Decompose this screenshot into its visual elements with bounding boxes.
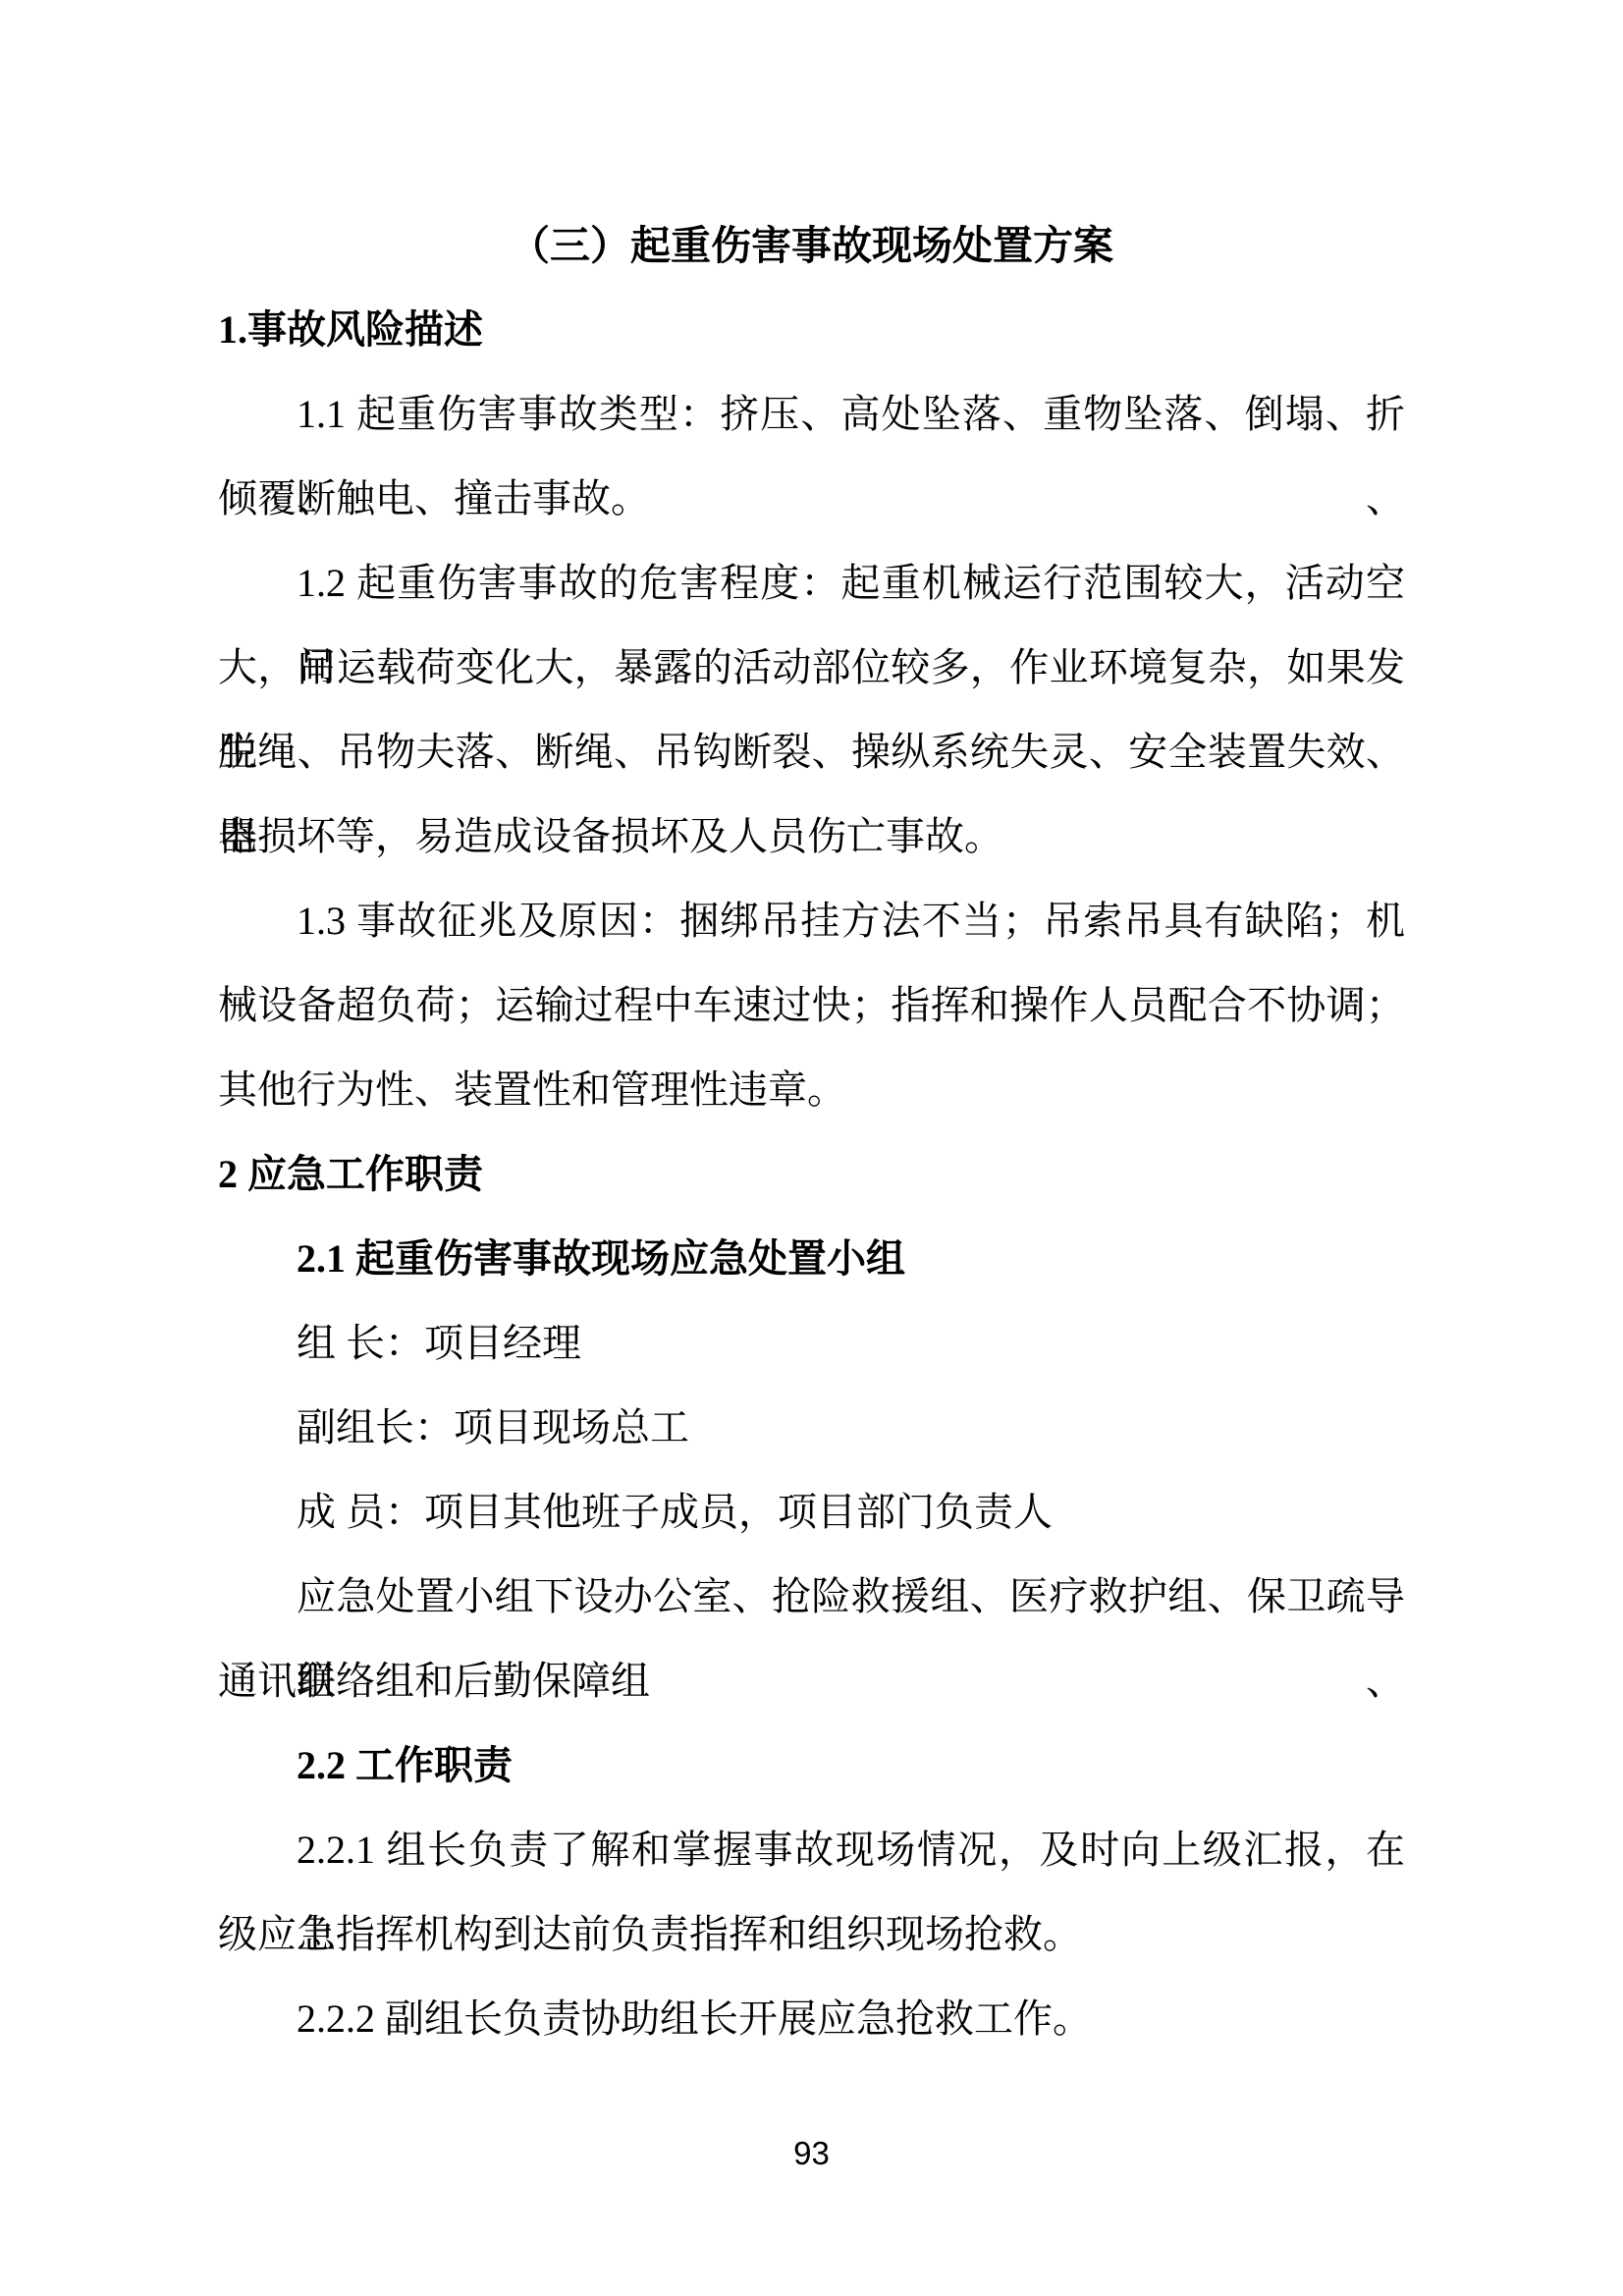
members-line: 成 员：项目其他班子成员，项目部门负责人 — [218, 1470, 1405, 1555]
document-page: （三）起重伤害事故现场处置方案 1.事故风险描述 1.1 起重伤害事故类型：挤压… — [0, 0, 1623, 2296]
document-title: （三）起重伤害事故现场处置方案 — [218, 203, 1405, 288]
paragraph-line-2-2-1a: 2.2.1 组长负责了解和掌握事故现场情况，及时向上级汇报，在上 — [218, 1808, 1405, 1892]
paragraph-line-1-3c: 其他行为性、装置性和管理性违章。 — [218, 1048, 1405, 1132]
text-block: （三）起重伤害事故现场处置方案 1.事故风险描述 1.1 起重伤害事故类型：挤压… — [218, 203, 1405, 2061]
section-heading-2-2: 2.2 工作职责 — [218, 1723, 1405, 1808]
section-heading-2-1: 2.1 起重伤害事故现场应急处置小组 — [218, 1217, 1405, 1301]
deputy-leader-line: 副组长：项目现场总工 — [218, 1386, 1405, 1470]
paragraph-line-1-3b: 械设备超负荷；运输过程中车速过快；指挥和操作人员配合不协调； — [218, 963, 1405, 1048]
paragraph-line-1-2c: 脱绳、吊物夫落、断绳、吊钩断裂、操纵系统失灵、安全装置失效、电 — [218, 710, 1405, 794]
paragraph-line-1-2d: 器损坏等，易造成设备损坏及人员伤亡事故。 — [218, 794, 1405, 879]
paragraph-line-2-2-1b: 级应急指挥机构到达前负责指挥和组织现场抢救。 — [218, 1892, 1405, 1977]
page-number: 93 — [0, 2137, 1623, 2169]
paragraph-line-2-2-2: 2.2.2 副组长负责协助组长开展应急抢救工作。 — [218, 1977, 1405, 2061]
paragraph-line-1-2a: 1.2 起重伤害事故的危害程度：起重机械运行范围较大，活动空间 — [218, 541, 1405, 626]
paragraph-line-1-2b: 大，吊运载荷变化大，暴露的活动部位较多，作业环境复杂，如果发生 — [218, 626, 1405, 710]
paragraph-line-1-3a: 1.3 事故征兆及原因：捆绑吊挂方法不当；吊索吊具有缺陷；机 — [218, 879, 1405, 963]
paragraph-line-groups-a: 应急处置小组下设办公室、抢险救援组、医疗救护组、保卫疏导组、 — [218, 1555, 1405, 1639]
section-heading-1: 1.事故风险描述 — [218, 288, 1405, 372]
team-leader-line: 组 长：项目经理 — [218, 1301, 1405, 1386]
paragraph-line-1-1a: 1.1 起重伤害事故类型：挤压、高处坠落、重物坠落、倒塌、折断、 — [218, 372, 1405, 457]
section-heading-2: 2 应急工作职责 — [218, 1132, 1405, 1217]
